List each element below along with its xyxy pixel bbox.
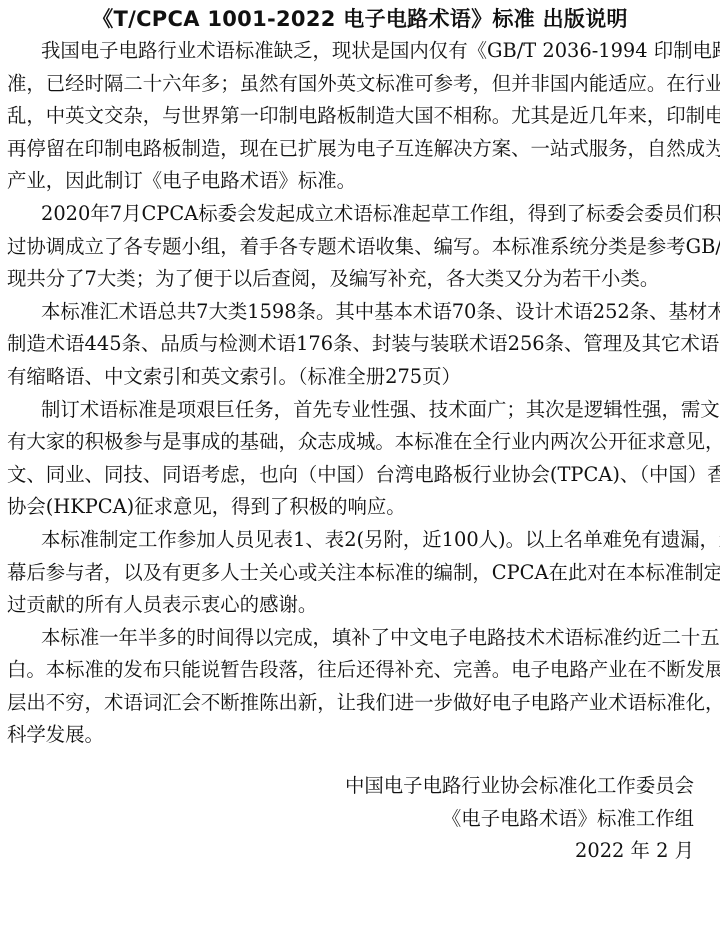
paragraph-line: 乱，中英文交杂，与世界第一印制电路板制造大国不相称。尤其是近几年来，印制电路产业… [7, 100, 697, 133]
paragraph-line: 现共分了7大类；为了便于以后查阅，及编写补充，各大类又分为若干小类。 [7, 263, 697, 296]
paragraph-5: 本标准制定工作参加人员见表1、表2(另附，近100人)。以上名单难免有遗漏，还有… [7, 524, 697, 622]
paragraph-line: 层出不穷，术语词汇会不断推陈出新，让我们进一步做好电子电路产业术语标准化，促进产… [7, 687, 697, 720]
signature-working-group: 《电子电路术语》标准工作组 [345, 803, 694, 836]
paragraph-line: 制订术语标准是项艰巨任务，首先专业性强、技术面广；其次是逻辑性强，需文字功夫。 [7, 394, 697, 427]
paragraph-line: 我国电子电路行业术语标准缺乏，现状是国内仅有《GB/T 2036-1994 印制… [7, 35, 697, 68]
paragraph-6: 本标准一年半多的时间得以完成，填补了中文电子电路技术术语标准约近二十五年来的空 … [7, 622, 697, 752]
paragraph-line: 过协调成立了各专题小组，着手各专题术语收集、编写。本标准系统分类是参考GB/T … [7, 231, 697, 264]
paragraph-line: 本标准汇术语总共7大类1598条。其中基本术语70条、设计术语252条、基材术语… [7, 296, 697, 329]
paragraph-4: 制订术语标准是项艰巨任务，首先专业性强、技术面广；其次是逻辑性强，需文字功夫。 … [7, 394, 697, 524]
paragraph-line: 有缩略语、中文索引和英文索引。（标准全册275页） [7, 361, 697, 394]
paragraph-line: 再停留在印制电路板制造，现在已扩展为电子互连解决方案、一站式服务，自然成为电子电… [7, 133, 697, 166]
paragraph-line: 本标准制定工作参加人员见表1、表2(另附，近100人)。以上名单难免有遗漏，还有… [7, 524, 697, 557]
paragraph-line: 制造术语445条、品质与检测术语176条、封装与装联术语256条、管理及其它术语… [7, 328, 697, 361]
paragraph-1: 我国电子电路行业术语标准缺乏，现状是国内仅有《GB/T 2036-1994 印制… [7, 35, 697, 198]
paragraph-line: 准，已经时隔二十六年多；虽然有国外英文标准可参考，但并非国内能适应。在行业内用词… [7, 68, 697, 101]
signature-date: 2022 年 2 月 [345, 835, 694, 868]
paragraph-3: 本标准汇术语总共7大类1598条。其中基本术语70条、设计术语252条、基材术语… [7, 296, 697, 394]
paragraph-2: 2020年7月CPCA标委会发起成立术语标准起草工作组，得到了标委会委员们积极响… [7, 198, 697, 296]
paragraph-line: 幕后参与者，以及有更多人士关心或关注本标准的编制，CPCA在此对在本标准制定过程… [7, 557, 697, 590]
paragraph-line: 过贡献的所有人员表示衷心的感谢。 [7, 589, 697, 622]
paragraph-line: 2020年7月CPCA标委会发起成立术语标准起草工作组，得到了标委会委员们积极响… [7, 198, 697, 231]
signature-organization: 中国电子电路行业协会标准化工作委员会 [345, 770, 694, 803]
paragraph-line: 协会(HKPCA)征求意见，得到了积极的响应。 [7, 491, 697, 524]
paragraph-line: 有大家的积极参与是事成的基础，众志成城。本标准在全行业内两次公开征求意见，并鉴于… [7, 426, 697, 459]
paragraph-line: 文、同业、同技、同语考虑，也向（中国）台湾电路板行业协会(TPCA)、（中国）香… [7, 459, 697, 492]
paragraph-line: 白。本标准的发布只能说暂告段落，往后还得补充、完善。电子电路产业在不断发展，新技… [7, 654, 697, 687]
paragraph-line: 本标准一年半多的时间得以完成，填补了中文电子电路技术术语标准约近二十五年来的空 [7, 622, 697, 655]
paragraph-line: 科学发展。 [7, 719, 697, 752]
document-title: 《T/CPCA 1001-2022 电子电路术语》标准 出版说明 [0, 4, 720, 34]
signature-block: 中国电子电路行业协会标准化工作委员会 《电子电路术语》标准工作组 2022 年 … [345, 770, 694, 868]
paragraph-line: 产业，因此制订《电子电路术语》标准。 [7, 165, 697, 198]
document-body: 我国电子电路行业术语标准缺乏，现状是国内仅有《GB/T 2036-1994 印制… [7, 35, 697, 752]
